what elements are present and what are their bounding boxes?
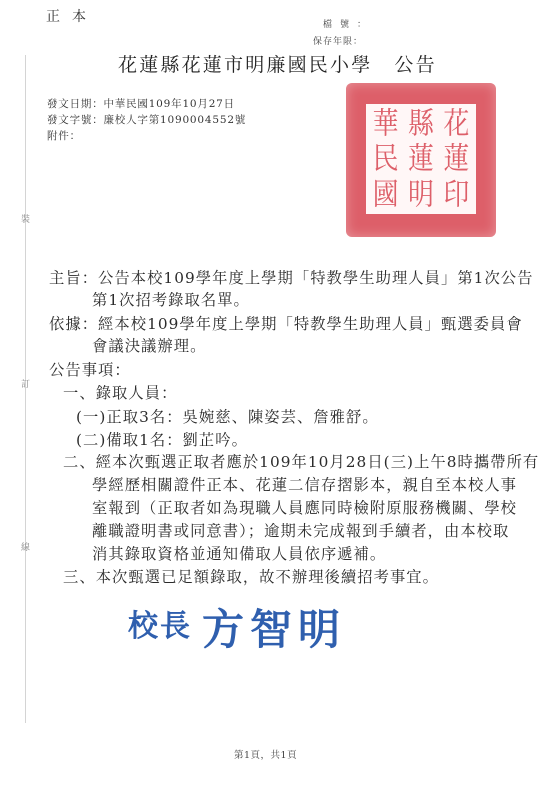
item2-line-3: 室報到（正取者如為現職人員應同時檢附原服務機關、學校 xyxy=(92,496,517,518)
seal-char: 民 xyxy=(368,139,403,180)
item1-heading: 一、錄取人員： xyxy=(63,381,177,403)
title-organization: 花蓮縣花蓮市明廉國民小學 xyxy=(118,54,372,76)
seal-char: 蓮 xyxy=(439,139,474,180)
item3: 三、本次甄選已足額錄取，故不辦理後續招考事宜。 xyxy=(63,565,439,587)
document-title: 花蓮縣花蓮市明廉國民小學公告 xyxy=(118,50,437,77)
basis-line-1: 依據：經本校109學年度上學期「特教學生助理人員」甄選委員會 xyxy=(49,312,523,334)
signature-title: 校長 xyxy=(128,609,192,644)
item2-line-1: 二、經本次甄選正取者應於109年10月28日(三)上午8時攜帶所有 xyxy=(63,450,539,472)
issue-date: 發文日期：中華民國109年10月27日 xyxy=(47,96,235,111)
items-heading: 公告事項： xyxy=(49,358,131,380)
basis-line-2: 會議決議辦理。 xyxy=(92,334,206,356)
binding-mark-zhuang: 裝 xyxy=(21,212,30,225)
seal-char: 明 xyxy=(403,174,438,215)
title-type: 公告 xyxy=(394,54,436,76)
item1-sub2: (二)備取1名：劉芷吟。 xyxy=(76,428,248,450)
official-seal: 華 縣 花 民 蓮 蓮 國 明 印 xyxy=(346,83,496,237)
binding-mark-ding: 訂 xyxy=(21,377,30,390)
item1-sub1: (一)正取3名：吳婉慈、陳姿芸、詹雅舒。 xyxy=(76,405,379,427)
subject-line-1: 主旨：公告本校109學年度上學期「特教學生助理人員」第1次公告 xyxy=(49,266,534,288)
item2-line-5: 消其錄取資格並通知備取人員依序遞補。 xyxy=(92,542,386,564)
signature-name: 方智明 xyxy=(202,605,346,654)
seal-inner: 華 縣 花 民 蓮 蓮 國 明 印 xyxy=(366,104,476,214)
seal-char: 印 xyxy=(439,174,474,215)
binding-mark-xian: 線 xyxy=(21,540,30,553)
seal-char: 國 xyxy=(368,174,403,215)
copy-mark: 正本 xyxy=(46,6,98,26)
item2-line-2: 學經歷相關證件正本、花蓮二信存摺影本，親自至本校人事 xyxy=(92,473,517,495)
item2-line-4: 離職證明書或同意書）；逾期未完成報到手續者，由本校取 xyxy=(92,519,509,541)
subject-line-2: 第1次招考錄取名單。 xyxy=(92,288,250,310)
issue-number: 發文字號：廉校人字第1090004552號 xyxy=(47,112,246,127)
file-number-label: 檔號： xyxy=(323,17,374,30)
principal-signature: 校長方智明 xyxy=(128,597,346,657)
retention-period-label: 保存年限： xyxy=(313,34,363,47)
seal-char: 蓮 xyxy=(403,139,438,180)
page-footer: 第1頁，共1頁 xyxy=(234,747,297,761)
attachments: 附件： xyxy=(47,128,81,143)
